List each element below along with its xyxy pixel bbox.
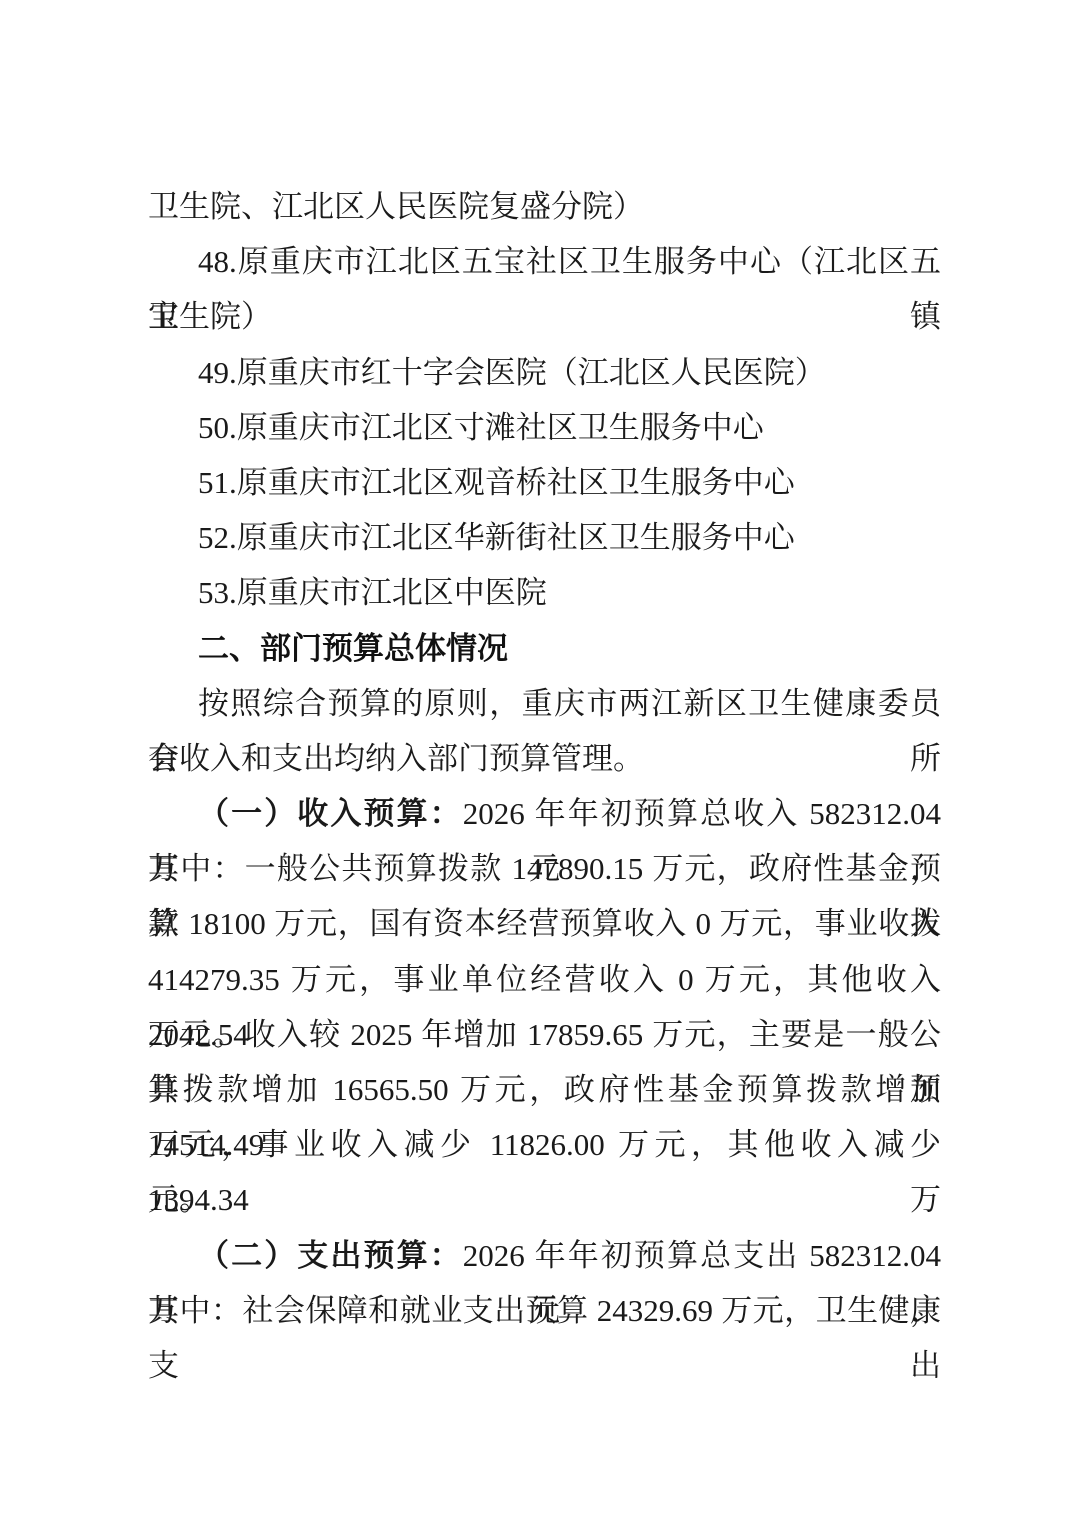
document-page: 卫生院、江北区人民医院复盛分院） 48.原重庆市江北区五宝社区卫生服务中心（江北…: [0, 0, 1074, 1520]
hospital-list-item-51: 51.原重庆市江北区观音桥社区卫生服务中心: [148, 455, 941, 510]
hospital-list-item-48: 48.原重庆市江北区五宝社区卫生服务中心（江北区五宝镇: [148, 234, 941, 289]
income-budget-paragraph-line-1: （一）收入预算：2026 年年初预算总收入 582312.04 万元，: [148, 786, 941, 841]
budget-overview-paragraph-line-1: 按照综合预算的原则，重庆市两江新区卫生健康委员会所: [148, 676, 941, 731]
hospital-list-item-49: 49.原重庆市红十字会医院（江北区人民医院）: [148, 345, 941, 400]
income-budget-paragraph-line-7: 万元，事业收入减少 11826.00 万元，其他收入减少 1394.34 万: [148, 1117, 941, 1172]
hospital-list-continuation-line: 卫生院、江北区人民医院复盛分院）: [148, 179, 941, 234]
hospital-list-item-52: 52.原重庆市江北区华新街社区卫生服务中心: [148, 510, 941, 565]
income-budget-paragraph-line-3: 款 18100 万元，国有资本经营预算收入 0 万元，事业收入: [148, 896, 941, 951]
income-budget-paragraph-line-2: 其中：一般公共预算拨款 147890.15 万元，政府性基金预算拨: [148, 841, 941, 896]
income-budget-paragraph-line-5: 万元。收入较 2025 年增加 17859.65 万元，主要是一般公共预: [148, 1007, 941, 1062]
document-text-block: 卫生院、江北区人民医院复盛分院） 48.原重庆市江北区五宝社区卫生服务中心（江北…: [148, 179, 941, 1338]
hospital-list-item-53: 53.原重庆市江北区中医院: [148, 565, 941, 620]
expense-budget-paragraph-line-1: （二）支出预算：2026 年年初预算总支出 582312.04 万元，: [148, 1228, 941, 1283]
expense-budget-paragraph-line-2: 其中：社会保障和就业支出预算 24329.69 万元，卫生健康支出: [148, 1283, 941, 1338]
income-budget-label: （一）收入预算：: [198, 796, 463, 831]
section-2-heading: 二、部门预算总体情况: [148, 621, 941, 676]
expense-budget-label: （二）支出预算：: [198, 1238, 463, 1273]
income-budget-paragraph-line-6: 算拨款增加 16565.50 万元，政府性基金预算拨款增加 14514.49: [148, 1062, 941, 1117]
hospital-list-item-50: 50.原重庆市江北区寸滩社区卫生服务中心: [148, 400, 941, 455]
income-budget-paragraph-line-4: 414279.35 万元，事业单位经营收入 0 万元，其他收入 2042.54: [148, 952, 941, 1007]
